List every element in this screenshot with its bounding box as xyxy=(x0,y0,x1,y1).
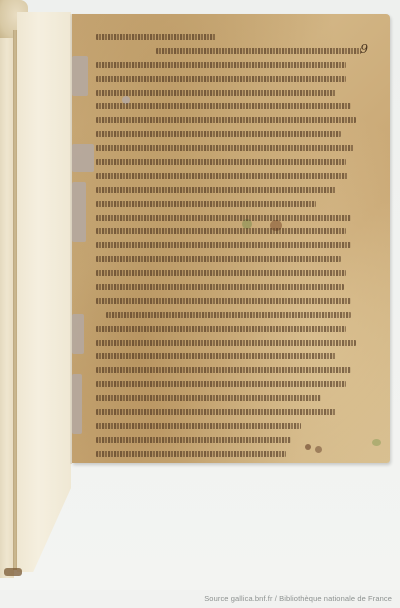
binding-gutter xyxy=(13,30,17,570)
text-line xyxy=(96,183,368,197)
text-line xyxy=(96,419,368,433)
repair-tissue xyxy=(72,56,88,96)
text-line xyxy=(96,86,368,100)
text-line xyxy=(96,30,368,44)
repair-tissue xyxy=(72,374,82,434)
text-line xyxy=(96,433,368,447)
binding-frayed-edge xyxy=(4,568,22,576)
text-line xyxy=(96,266,368,280)
repair-tissue xyxy=(72,144,94,172)
text-line xyxy=(96,127,368,141)
text-line xyxy=(96,294,368,308)
text-line xyxy=(96,169,368,183)
text-line xyxy=(96,155,368,169)
text-line xyxy=(96,224,368,238)
text-line xyxy=(96,252,368,266)
text-line xyxy=(96,211,368,225)
text-line xyxy=(96,349,368,363)
text-line xyxy=(96,447,368,461)
repair-tissue xyxy=(72,182,86,242)
source-credit: Source gallica.bnf.fr / Bibliothèque nat… xyxy=(204,594,392,603)
text-line xyxy=(96,322,368,336)
volume-binding xyxy=(0,0,14,578)
manuscript-viewer: 9 xyxy=(0,0,400,608)
text-line xyxy=(96,99,368,113)
text-line xyxy=(96,308,368,322)
text-line xyxy=(96,405,368,419)
text-line xyxy=(96,363,368,377)
text-line xyxy=(96,197,368,211)
text-line xyxy=(96,377,368,391)
repair-tissue xyxy=(72,314,84,354)
text-line xyxy=(96,141,368,155)
text-line xyxy=(96,44,368,58)
text-line xyxy=(96,113,368,127)
text-line xyxy=(96,391,368,405)
text-line xyxy=(96,72,368,86)
text-line xyxy=(96,58,368,72)
text-line xyxy=(96,280,368,294)
text-line xyxy=(96,336,368,350)
paper-guard-strip xyxy=(17,12,71,572)
text-line xyxy=(96,238,368,252)
stain xyxy=(372,439,381,446)
manuscript-folio: 9 xyxy=(72,14,390,463)
manuscript-text xyxy=(96,30,368,461)
